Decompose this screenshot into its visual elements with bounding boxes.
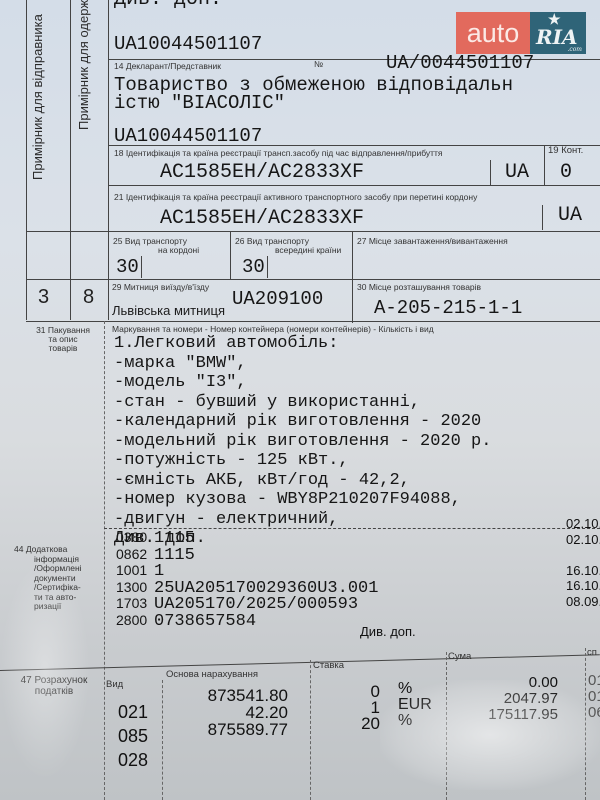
additional-info-row: 10011 (116, 563, 378, 580)
tax-unit: % (398, 712, 412, 730)
additional-info-row: 03801115 (116, 530, 378, 547)
grid-line (162, 680, 163, 800)
tax-mp: 01 (588, 688, 600, 705)
customs-name: Львівська митниця (112, 303, 225, 318)
info-date: 16.10. (566, 578, 600, 594)
info-code: 0862 (116, 547, 154, 563)
grid-line (70, 0, 71, 320)
box18-label: 18 Ідентифікація та країна реєстрації тр… (114, 149, 443, 158)
grid-line (310, 660, 311, 800)
goods-description-line: -потужність - 125 кВт., (114, 451, 491, 471)
info-code: 0380 (116, 530, 154, 546)
info-code: 1703 (116, 596, 154, 612)
box14-label: 14 Декларант/Представник (114, 62, 221, 71)
grid-line (446, 652, 447, 800)
grid-line (26, 0, 27, 320)
grid-line (585, 648, 586, 800)
transport-mode-inland: 30 (242, 256, 268, 278)
grid-line (26, 279, 600, 280)
grid-line (542, 205, 543, 230)
tax-base: 875589.77 (208, 720, 288, 740)
container-value: 0 (560, 161, 572, 184)
info-date: 02.10. (566, 516, 600, 532)
tax-header-sum: Сума (448, 652, 471, 662)
grid-line (104, 321, 105, 800)
additional-info-row: 28000738657584 (116, 613, 378, 630)
goods-description: 1.Легковий автомобіль:-марка "BMW",-моде… (114, 334, 491, 549)
tax-header-base: Основа нарахування (166, 670, 258, 680)
additional-info-row: 08621115 (116, 547, 378, 564)
grid-line (352, 231, 353, 323)
box44-label: 44 Додатковаінформація/Оформленідокумент… (14, 545, 82, 612)
box29-label: 29 Митниця виїзду/в'їзду (112, 283, 209, 292)
grid-line (544, 145, 545, 185)
tax-sum: 175117.95 (488, 706, 558, 723)
goods-description-line: 1.Легковий автомобіль: (114, 334, 491, 354)
grid-line (26, 321, 600, 322)
tax-rate: 20 (361, 714, 380, 734)
cell-8: 8 (83, 286, 94, 309)
copy-receiver-label: Примірник для одержувача (76, 0, 91, 130)
watermark-ria: ★ RIA .com (530, 12, 586, 54)
goods-description-line: -стан - бувший у використанні, (114, 393, 491, 413)
info-date: 16.10. (566, 563, 600, 579)
goods-description-line: -двигун - електричний, (114, 510, 491, 530)
box26-label: 26 Вид транспорту всередині країни (235, 237, 341, 255)
box14-no-label: № (314, 60, 323, 69)
info-value: 0738657584 (154, 612, 256, 631)
tax-mp: 01 (588, 672, 600, 689)
grid-line (490, 160, 491, 185)
info-code: 1300 (116, 580, 154, 596)
box44-footer: Див. доп. (360, 624, 416, 639)
goods-description-line: -календарний рік виготовлення - 2020 (114, 412, 491, 432)
box31-header: Маркування та номери - Номер контейнера … (112, 325, 434, 334)
box31-label: 31 Пакування та опис товарів (28, 326, 98, 353)
declarant-code: UA10044501107 (114, 125, 262, 147)
goods-location: A-205-215-1-1 (374, 297, 522, 319)
info-code: 2800 (116, 613, 154, 629)
top-id-line: UA10044501107 (114, 33, 262, 55)
box25-label: 25 Вид транспорту на кордоні (113, 237, 199, 255)
box21-label: 21 Ідентифікація та країна реєстрації ак… (114, 193, 477, 202)
vehicle-departure-id: AC1585EH/AC2833XF (160, 161, 364, 184)
additional-info-list: 038011150862111510011130025UA20517002936… (116, 530, 378, 629)
grid-line (108, 0, 109, 320)
cell-3: 3 (38, 286, 49, 309)
tax-type: 028 (118, 750, 148, 771)
vehicle-border-country: UA (558, 204, 582, 227)
declarant-number: UA/0044501107 (386, 52, 534, 74)
additional-info-row: 130025UA205170029360U3.001 (116, 580, 378, 597)
grid-line (26, 231, 600, 232)
goods-description-line: -номер кузова - WBY8P210207F94088, (114, 490, 491, 510)
box19-label: 19 Конт. (548, 146, 583, 156)
autoria-watermark: auto ★ RIA .com (456, 12, 586, 54)
info-date: 02.10. (566, 532, 600, 548)
grid-line (0, 654, 600, 671)
additional-info-dates: 02.10.02.10. 16.10.16.10.08.09. (566, 516, 600, 609)
goods-description-line: -ємність АКБ, кВт/год - 42,2, (114, 471, 491, 491)
tax-sum: 2047.97 (504, 690, 558, 707)
goods-description-line: -модель "I3", (114, 373, 491, 393)
tax-header-type: Вид (106, 680, 123, 690)
info-code: 1001 (116, 563, 154, 579)
grid-line (230, 231, 231, 279)
grid-line (108, 185, 600, 186)
watermark-auto: auto (456, 12, 530, 54)
box47-label: 47 Розрахунок податків (14, 676, 94, 697)
additional-info-row: 1703UA205170/2025/000593 (116, 596, 378, 613)
tax-type: 085 (118, 726, 148, 747)
tax-mp: 06 (588, 704, 600, 721)
tax-header-mp: сп (587, 648, 597, 658)
tax-header-rate: Ставка (313, 661, 344, 671)
info-date (566, 547, 600, 563)
goods-description-line: -марка "BMW", (114, 354, 491, 374)
copy-sender-label: Примірник для відправника (30, 14, 45, 180)
box27-label: 27 Місце завантаження/вивантаження (357, 237, 508, 246)
vehicle-border-id: AC1585EH/AC2833XF (160, 207, 364, 230)
declarant-name-line2: істю "ВІАСОЛІС" (114, 94, 285, 112)
vehicle-departure-country: UA (505, 161, 529, 184)
tax-sum: 0.00 (529, 674, 558, 691)
info-date: 08.09. (566, 594, 600, 610)
top-truncated-text: Див. доп. (114, 0, 222, 11)
box30-label: 30 Місце розташування товарів (357, 283, 481, 292)
tax-type: 021 (118, 702, 148, 723)
customs-code: UA209100 (232, 288, 323, 310)
transport-mode-border: 30 (116, 256, 142, 278)
goods-description-line: -модельний рік виготовлення - 2020 р. (114, 432, 491, 452)
